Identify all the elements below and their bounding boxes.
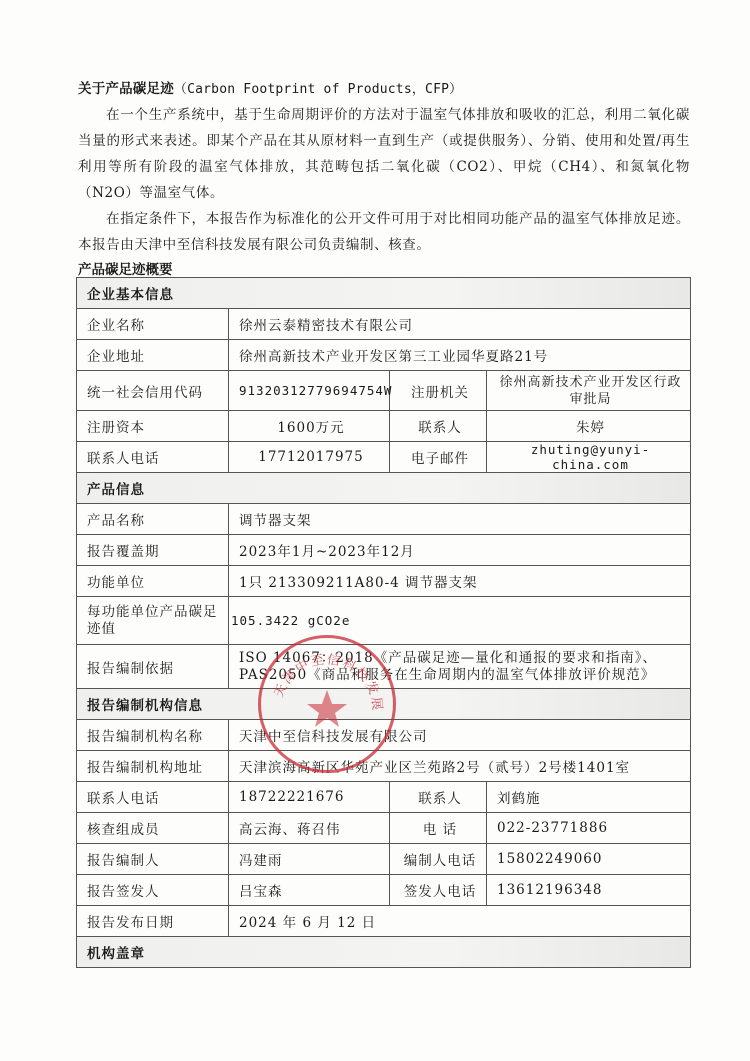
table-row: 功能单位 1只 213309211A80-4 调节器支架	[77, 566, 691, 597]
section-header-agency: 报告编制机构信息	[77, 689, 691, 720]
table-row: 报告编制机构地址 天津滨海高新区华苑产业区兰苑路2号（贰号）2号楼1401室	[77, 751, 691, 782]
field-label: 注册机关	[390, 371, 487, 411]
compiler-value: 冯建雨	[229, 844, 390, 875]
credit-code-value: 91320312779694754W	[229, 371, 390, 411]
section-row-product: 产品信息	[77, 473, 691, 504]
issuer-phone-value: 13612196348	[487, 875, 691, 906]
field-label: 报告编制依据	[77, 645, 229, 689]
field-label: 联系人电话	[77, 442, 229, 473]
field-label: 编制人电话	[390, 844, 487, 875]
section-header-enterprise: 企业基本信息	[77, 278, 691, 309]
field-label: 电 话	[390, 813, 487, 844]
field-label: 每功能单位产品碳足迹值	[77, 597, 229, 645]
basis-line-1: ISO 14067：2018《产品碳足迹—量化和通报的要求和指南》、	[239, 650, 684, 667]
field-label: 电子邮件	[390, 442, 487, 473]
table-row: 企业名称 徐州云泰精密技术有限公司	[77, 309, 691, 340]
cfp-value: 105.3422 gCO2e	[229, 597, 691, 645]
intro-heading: 关于产品碳足迹（Carbon Footprint of Products，CFP…	[78, 77, 462, 97]
functional-unit-value: 1只 213309211A80-4 调节器支架	[229, 566, 691, 597]
agency-phone-value: 18722221676	[229, 782, 390, 813]
table-row: 报告发布日期 2024 年 6 月 12 日	[77, 906, 691, 937]
document-page: 关于产品碳足迹（Carbon Footprint of Products，CFP…	[0, 0, 750, 1061]
section-header-product: 产品信息	[77, 473, 691, 504]
table-row: 报告编制机构名称 天津中至信科技发展有限公司	[77, 720, 691, 751]
section-header-seal: 机构盖章	[77, 937, 691, 968]
intro-heading-cn: 关于产品碳足迹	[78, 81, 174, 97]
table-row: 报告覆盖期 2023年1月~2023年12月	[77, 535, 691, 566]
summary-table: 企业基本信息 企业名称 徐州云泰精密技术有限公司 企业地址 徐州高新技术产业开发…	[76, 277, 691, 968]
field-label: 签发人电话	[390, 875, 487, 906]
field-label: 统一社会信用代码	[77, 371, 229, 411]
table-row: 每功能单位产品碳足迹值 105.3422 gCO2e	[77, 597, 691, 645]
intro-heading-en: （Carbon Footprint of Products，CFP）	[174, 82, 462, 97]
agency-address-value: 天津滨海高新区华苑产业区兰苑路2号（贰号）2号楼1401室	[229, 751, 691, 782]
capital-value: 1600万元	[229, 411, 390, 442]
field-label: 联系人	[390, 411, 487, 442]
table-row: 联系人电话 17712017975 电子邮件 zhuting@yunyi-chi…	[77, 442, 691, 473]
enterprise-address-value: 徐州高新技术产业开发区第三工业园华夏路21号	[229, 340, 691, 371]
section-row-seal: 机构盖章	[77, 937, 691, 968]
summary-title: 产品碳足迹概要	[78, 258, 173, 278]
field-label: 企业名称	[77, 309, 229, 340]
tel-value: 022-23771886	[487, 813, 691, 844]
agency-contact-value: 刘鹤施	[487, 782, 691, 813]
table-row: 联系人电话 18722221676 联系人 刘鹤施	[77, 782, 691, 813]
table-row: 统一社会信用代码 91320312779694754W 注册机关 徐州高新技术产…	[77, 371, 691, 411]
registry-value: 徐州高新技术产业开发区行政审批局	[487, 371, 691, 411]
basis-line-2: PAS2050《商品和服务在生命周期内的温室气体排放评价规范》	[239, 667, 684, 684]
table-row: 报告签发人 吕宝森 签发人电话 13612196348	[77, 875, 691, 906]
contact-value: 朱婷	[487, 411, 691, 442]
field-label: 报告发布日期	[77, 906, 229, 937]
period-value: 2023年1月~2023年12月	[229, 535, 691, 566]
email-value: zhuting@yunyi-china.com	[487, 442, 691, 473]
field-label: 报告编制机构地址	[77, 751, 229, 782]
field-label: 核查组成员	[77, 813, 229, 844]
issuer-value: 吕宝森	[229, 875, 390, 906]
reviewers-value: 高云海、蒋召伟	[229, 813, 390, 844]
field-label: 联系人	[390, 782, 487, 813]
agency-name-value: 天津中至信科技发展有限公司	[229, 720, 691, 751]
basis-value: ISO 14067：2018《产品碳足迹—量化和通报的要求和指南》、 PAS20…	[229, 645, 691, 689]
field-label: 报告编制机构名称	[77, 720, 229, 751]
field-label: 注册资本	[77, 411, 229, 442]
section-row-enterprise: 企业基本信息	[77, 278, 691, 309]
field-label: 企业地址	[77, 340, 229, 371]
publish-date-value: 2024 年 6 月 12 日	[229, 906, 691, 937]
field-label: 产品名称	[77, 504, 229, 535]
product-name-value: 调节器支架	[229, 504, 691, 535]
field-label: 联系人电话	[77, 782, 229, 813]
compiler-phone-value: 15802249060	[487, 844, 691, 875]
table-row: 注册资本 1600万元 联系人 朱婷	[77, 411, 691, 442]
phone-value: 17712017975	[229, 442, 390, 473]
table-row: 产品名称 调节器支架	[77, 504, 691, 535]
enterprise-name-value: 徐州云泰精密技术有限公司	[229, 309, 691, 340]
table-row: 报告编制人 冯建雨 编制人电话 15802249060	[77, 844, 691, 875]
field-label: 报告签发人	[77, 875, 229, 906]
table-row: 核查组成员 高云海、蒋召伟 电 话 022-23771886	[77, 813, 691, 844]
table-row: 企业地址 徐州高新技术产业开发区第三工业园华夏路21号	[77, 340, 691, 371]
field-label: 报告覆盖期	[77, 535, 229, 566]
intro-paragraph-2: 在指定条件下，本报告作为标准化的公开文件可用于对比相同功能产品的温室气体排放足迹…	[78, 206, 690, 258]
section-row-agency: 报告编制机构信息	[77, 689, 691, 720]
intro-paragraph-1: 在一个生产系统中，基于生命周期评价的方法对于温室气体排放和吸收的汇总，利用二氧化…	[78, 102, 690, 206]
field-label: 功能单位	[77, 566, 229, 597]
field-label: 报告编制人	[77, 844, 229, 875]
table-row: 报告编制依据 ISO 14067：2018《产品碳足迹—量化和通报的要求和指南》…	[77, 645, 691, 689]
